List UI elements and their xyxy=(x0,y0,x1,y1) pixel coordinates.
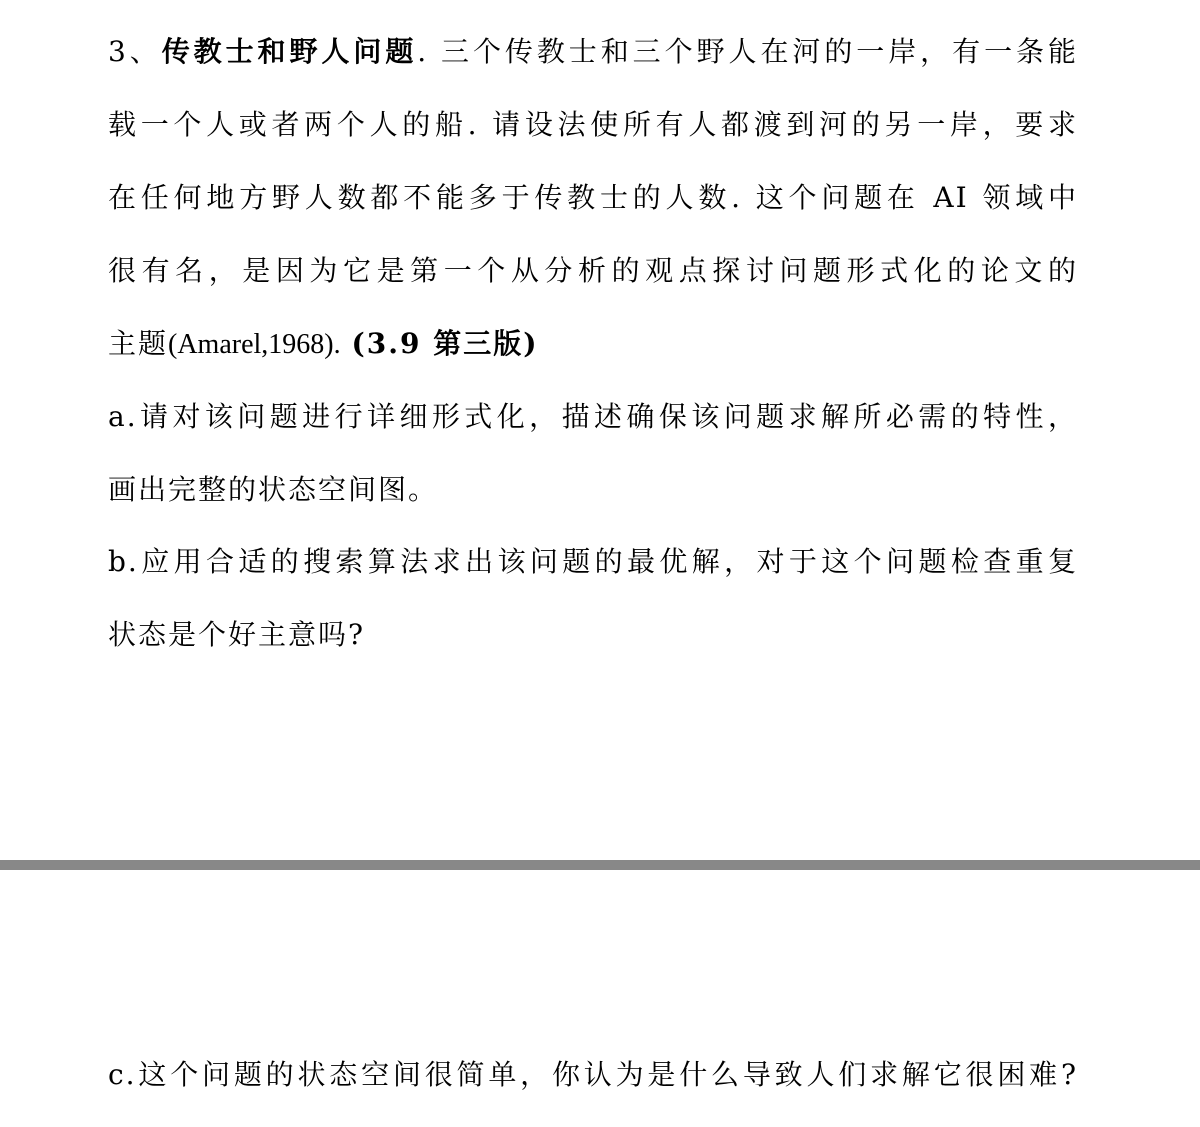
problem-title: 传教士和野人问题 xyxy=(162,35,418,68)
problem-text-line-1: 三个传教士和三个野人在河的一岸，有一条能 xyxy=(441,35,1078,68)
part-b-line-1: b.应用合适的搜索算法求出该问题的最优解，对于这个问题检查重复 xyxy=(108,542,1078,582)
part-b-line-2: 状态是个好主意吗? xyxy=(108,615,1078,655)
problem-text-line-2: 载一个人或者两个人的船. 请设法使所有人都渡到河的另一岸，要求 xyxy=(108,105,1078,145)
problem-heading-line: 3、传教士和野人问题. 三个传教士和三个野人在河的一岸，有一条能 xyxy=(108,32,1078,72)
citation: (Amarel,1968). xyxy=(168,329,341,360)
part-a-line-2: 画出完整的状态空间图。 xyxy=(108,470,1078,510)
part-a-line-1: a.请对该问题进行详细形式化，描述确保该问题求解所必需的特性， xyxy=(108,397,1078,437)
part-c-line-1: c.这个问题的状态空间很简单，你认为是什么导致人们求解它很困难? xyxy=(108,1055,1078,1095)
problem-text-line-5: 主题(Amarel,1968). (3.9 第三版) xyxy=(108,324,1078,365)
problem-text-topic: 主题 xyxy=(108,327,168,360)
problem-text-line-3: 在任何地方野人数都不能多于传教士的人数. 这个问题在 AI 领域中 xyxy=(108,178,1078,218)
source-edition: (3.9 第三版) xyxy=(352,327,539,360)
page-divider xyxy=(0,860,1200,870)
problem-text-line-4: 很有名，是因为它是第一个从分析的观点探讨问题形式化的论文的 xyxy=(108,251,1078,291)
problem-number: 3、 xyxy=(108,35,162,68)
problem-title-period: . xyxy=(417,35,441,68)
